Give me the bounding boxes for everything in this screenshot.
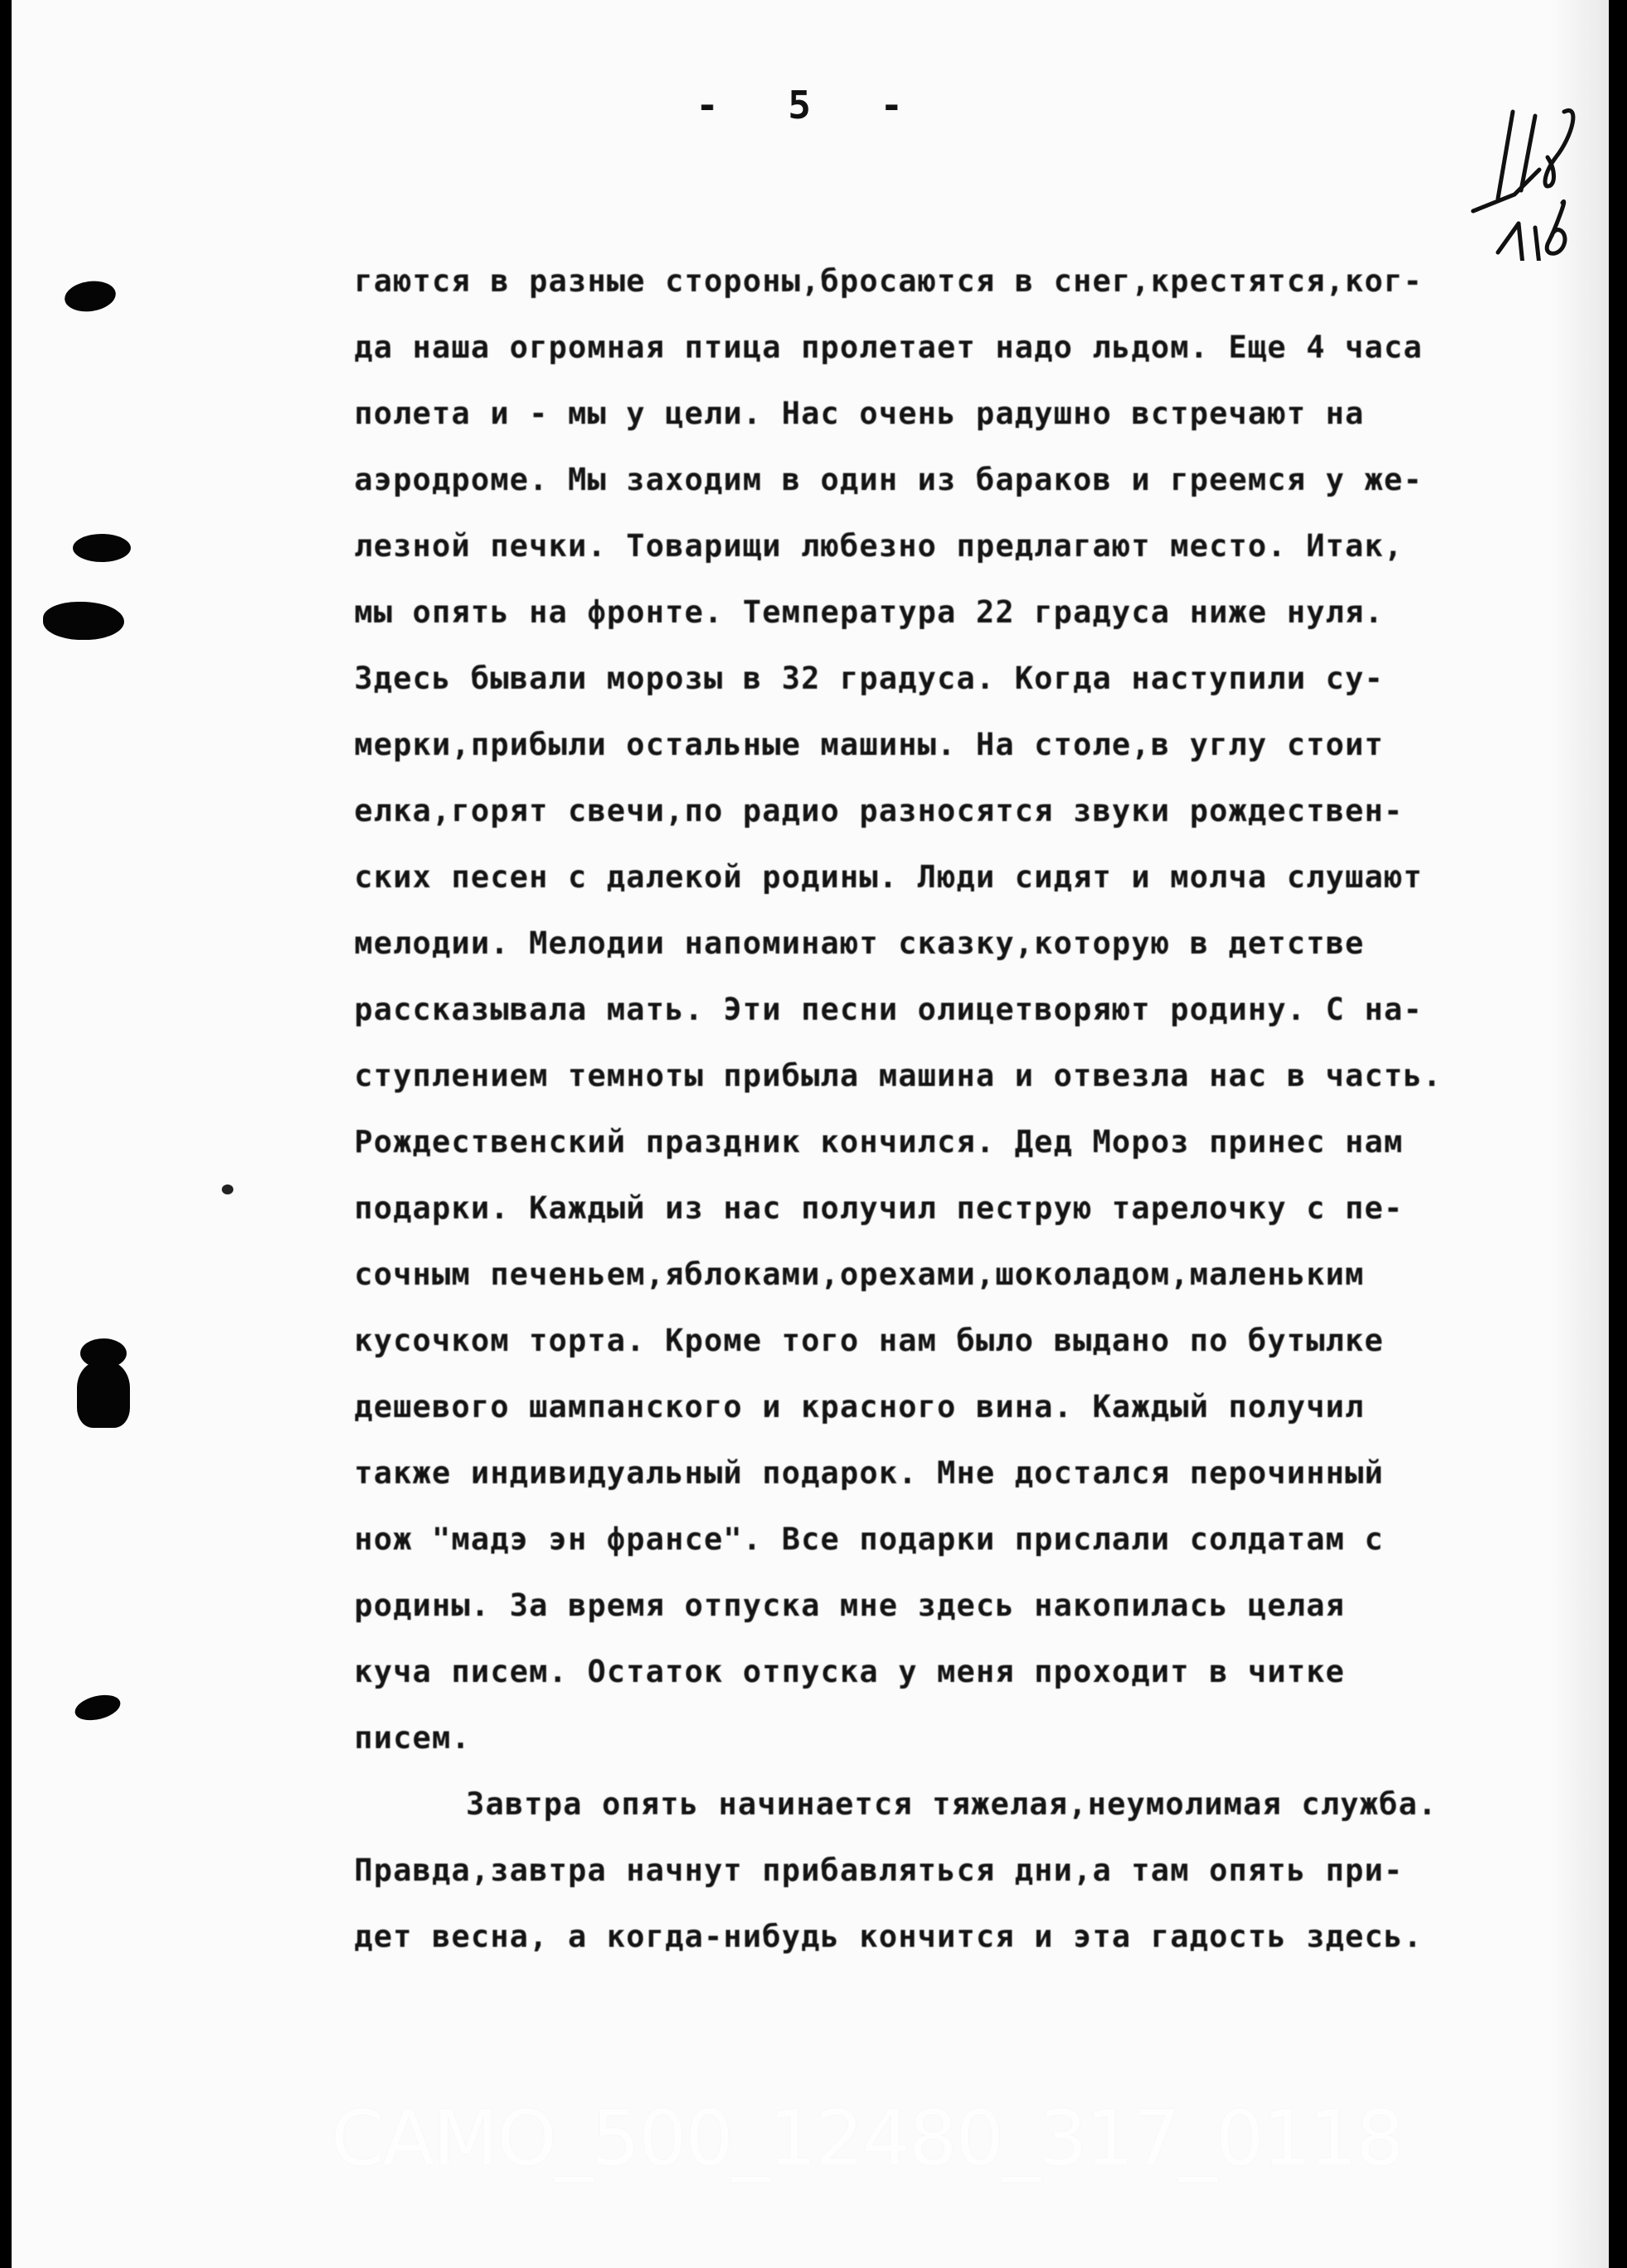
text-line: лезной печки. Товарищи любезно предлагаю… — [354, 513, 1579, 579]
archive-id-watermark: CAMO_500_12480_317_0118 — [331, 2094, 1403, 2183]
handwritten-folio-icon — [1465, 79, 1589, 261]
text-line: сочным печеньем,яблоками,орехами,шоколад… — [354, 1242, 1579, 1308]
scan-left-border — [0, 0, 12, 2268]
text-line: ступлением темноты прибыла машина и отве… — [354, 1043, 1579, 1109]
punch-hole — [43, 602, 124, 640]
ink-speck — [222, 1184, 233, 1194]
text-line: дет весна, а когда-нибудь кончится и эта… — [354, 1904, 1579, 1970]
text-line: Здесь бывали морозы в 32 градуса. Когда … — [354, 646, 1579, 712]
punch-hole — [72, 1691, 122, 1725]
scan-right-border — [1609, 0, 1627, 2268]
text-line: куча писем. Остаток отпуска у меня прохо… — [354, 1639, 1579, 1705]
text-line: да наша огромная птица пролетает надо ль… — [354, 315, 1579, 381]
text-line: рассказывала мать. Эти песни олицетворяю… — [354, 977, 1579, 1043]
text-line: родины. За время отпуска мне здесь накоп… — [354, 1573, 1579, 1639]
punch-hole — [63, 278, 118, 315]
text-line: Рождественский праздник кончился. Дед Мо… — [354, 1109, 1579, 1175]
text-line-paragraph-start: Завтра опять начинается тяжелая,неумолим… — [354, 1771, 1579, 1838]
text-line: также индивидуальный подарок. Мне достал… — [354, 1440, 1579, 1506]
text-line: мелодии. Мелодии напоминают сказку,котор… — [354, 911, 1579, 977]
text-line: писем. — [354, 1705, 1579, 1771]
text-line: гаются в разные стороны,бросаются в снег… — [354, 248, 1579, 315]
text-line: мерки,прибыли остальные машины. На столе… — [354, 712, 1579, 778]
text-line: подарки. Каждый из нас получил пеструю т… — [354, 1175, 1579, 1242]
typed-text-body: гаются в разные стороны,бросаются в снег… — [354, 248, 1579, 1970]
folio-number-handwritten: 118 — [1465, 79, 1589, 261]
text-line: аэродроме. Мы заходим в один из бараков … — [354, 447, 1579, 513]
text-line: кусочком торта. Кроме того нам было выда… — [354, 1308, 1579, 1374]
text-line: нож "мадэ эн франсе". Все подарки присла… — [354, 1506, 1579, 1573]
document-page: - 5 - 118 гаются в разные стороны,бросаю… — [0, 0, 1627, 2268]
punch-hole — [77, 1362, 130, 1428]
text-line: Правда,завтра начнут прибавляться дни,а … — [354, 1838, 1579, 1904]
text-line: ских песен с далекой родины. Люди сидят … — [354, 844, 1579, 911]
punch-hole — [73, 534, 131, 562]
page-number: - 5 - — [695, 83, 927, 127]
text-line: мы опять на фронте. Температура 22 граду… — [354, 579, 1579, 646]
text-line: полета и - мы у цели. Нас очень радушно … — [354, 381, 1579, 447]
text-line: елка,горят свечи,по радио разносятся зву… — [354, 778, 1579, 844]
text-line: дешевого шампанского и красного вина. Ка… — [354, 1374, 1579, 1440]
